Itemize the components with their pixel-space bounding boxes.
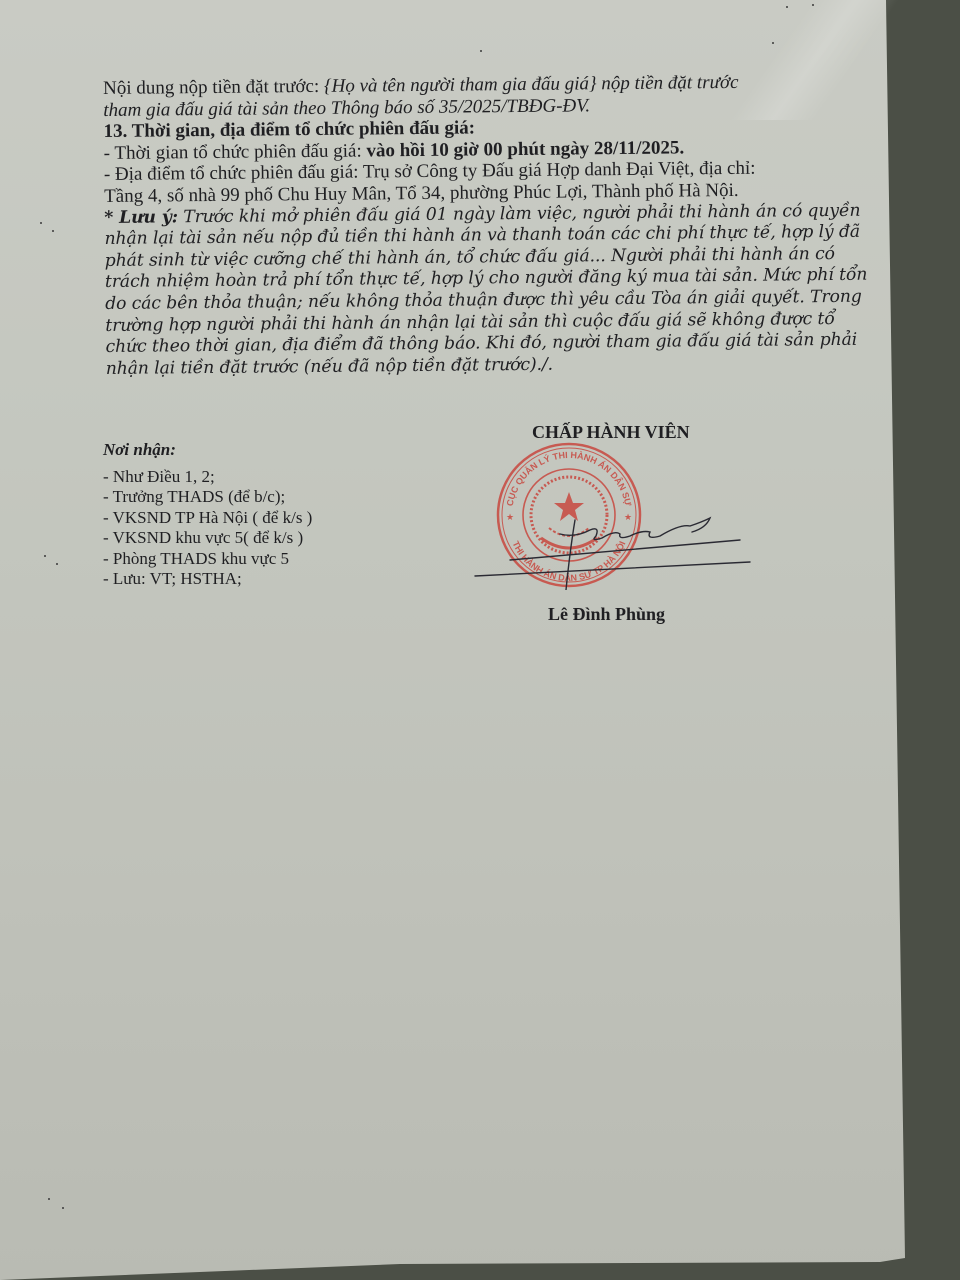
recipients-list: Nơi nhận: - Như Điều 1, 2; - Trưởng THAD… (103, 440, 312, 590)
payment-content-label: Nội dung nộp tiền đặt trước: (103, 76, 324, 99)
auction-time-value: vào hồi 10 giờ 00 phút ngày 28/11/2025. (366, 137, 684, 161)
note-paragraph: * Lưu ý: Trước khi mở phiên đấu giá 01 n… (104, 201, 811, 381)
recipient-item: - Trưởng THADS (để b/c); (103, 487, 312, 508)
signer-title: CHẤP HÀNH VIÊN (532, 422, 690, 443)
paper-speck (56, 563, 58, 565)
signer-name: Lê Đình Phùng (548, 604, 665, 625)
recipient-item: - VKSND khu vực 5( để k/s ) (103, 528, 312, 549)
recipient-item: - Phòng THADS khu vực 5 (103, 549, 312, 570)
paper-speck (812, 4, 814, 6)
handwritten-signature-icon (470, 500, 770, 590)
document-body: Nội dung nộp tiền đặt trước: {Họ và tên … (103, 71, 811, 380)
paper-speck (480, 50, 482, 52)
paper-speck (44, 555, 46, 557)
paper-speck (62, 1207, 64, 1209)
note-label: * Lưu ý: (104, 207, 178, 228)
paper-speck (40, 222, 42, 224)
paper-speck (48, 1198, 50, 1200)
recipient-item: - Như Điều 1, 2; (103, 467, 312, 488)
auction-time-label: - Thời gian tổ chức phiên đấu giá: (104, 140, 367, 164)
paper-speck (52, 230, 54, 232)
signature-block: CỤC QUẢN LÝ THI HÀNH ÁN DÂN SỰ THI HÀNH … (470, 420, 770, 640)
payment-content-value: {Họ và tên người tham gia đấu giá} nộp t… (324, 72, 739, 97)
recipient-item: - Lưu: VT; HSTHA; (103, 569, 312, 590)
recipients-heading: Nơi nhận: (103, 440, 312, 461)
paper-speck (786, 6, 788, 8)
recipient-item: - VKSND TP Hà Nội ( để k/s ) (103, 508, 312, 529)
paper-speck (772, 42, 774, 44)
